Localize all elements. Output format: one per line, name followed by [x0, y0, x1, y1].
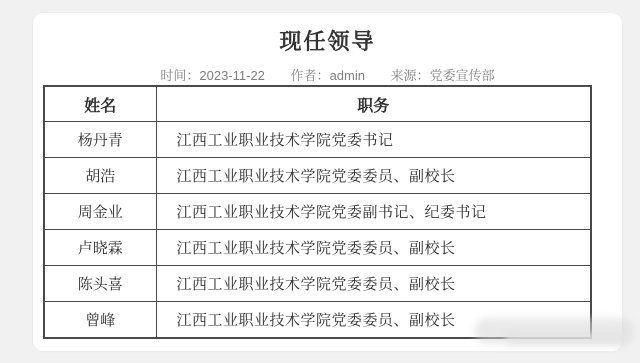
meta-time: 时间：2023-11-22 [160, 68, 265, 83]
leader-position: 江西工业职业技术学院党委委员、副校长 [156, 158, 591, 194]
meta-time-label: 时间： [160, 68, 199, 83]
table-row: 周金业 江西工业职业技术学院党委副书记、纪委书记 [44, 194, 591, 230]
table-row: 杨丹青 江西工业职业技术学院党委书记 [44, 122, 591, 158]
article-meta: 时间：2023-11-22 作者：admin 来源：党委宣传部 [33, 65, 622, 84]
page-title: 现任领导 [33, 13, 622, 56]
leader-position: 江西工业职业技术学院党委委员、副校长 [156, 266, 591, 302]
leader-name: 胡浩 [44, 158, 156, 194]
meta-source-value: 党委宣传部 [430, 68, 495, 83]
meta-source-label: 来源： [391, 68, 430, 83]
meta-source: 来源：党委宣传部 [391, 68, 495, 83]
watermark-smudge-secondary [505, 332, 630, 345]
table-row: 胡浩 江西工业职业技术学院党委委员、副校长 [44, 158, 591, 194]
leader-name: 卢晓霖 [44, 230, 156, 266]
leader-name: 曾峰 [44, 302, 156, 339]
table-row: 陈头喜 江西工业职业技术学院党委委员、副校长 [44, 266, 591, 302]
leaders-table: 姓名 职务 杨丹青 江西工业职业技术学院党委书记 胡浩 江西工业职业技术学院党委… [43, 85, 592, 339]
leader-name: 陈头喜 [44, 266, 156, 302]
article-card: 现任领导 时间：2023-11-22 作者：admin 来源：党委宣传部 姓名 … [33, 13, 622, 351]
leader-name: 周金业 [44, 194, 156, 230]
meta-author-value: admin [330, 68, 365, 83]
meta-author-label: 作者： [291, 68, 330, 83]
header-position: 职务 [156, 86, 591, 122]
leader-name: 杨丹青 [44, 122, 156, 158]
meta-time-value: 2023-11-22 [199, 68, 265, 83]
leader-position: 江西工业职业技术学院党委委员、副校长 [156, 230, 591, 266]
table-header-row: 姓名 职务 [44, 86, 591, 122]
header-name: 姓名 [44, 86, 156, 122]
leader-position: 江西工业职业技术学院党委书记 [156, 122, 591, 158]
leader-position: 江西工业职业技术学院党委副书记、纪委书记 [156, 194, 591, 230]
table-row: 卢晓霖 江西工业职业技术学院党委委员、副校长 [44, 230, 591, 266]
meta-author: 作者：admin [291, 68, 365, 83]
